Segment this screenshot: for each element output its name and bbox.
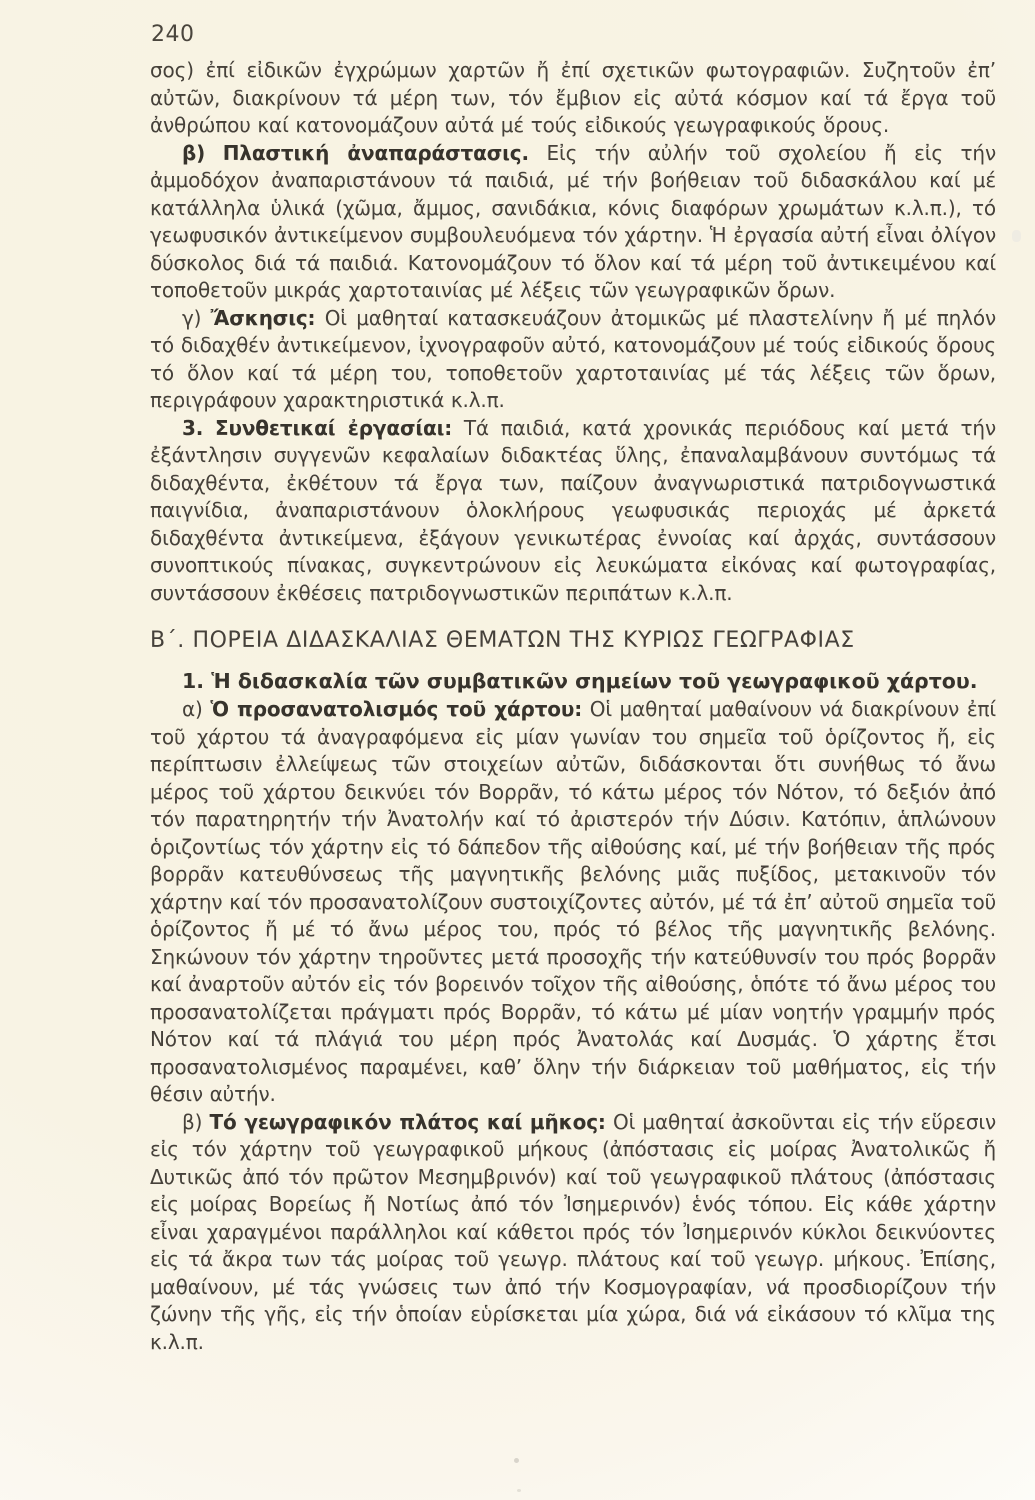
paragraph-synthetic-lead: Συνθετικαί ἐργασίαι:	[215, 416, 452, 440]
paragraph-latlong-text: Οἱ μαθηταί ἀσκοῦνται εἰς τήν εὕρεσιν εἰς…	[150, 1110, 996, 1354]
paragraph-orientation-marker: α)	[182, 697, 203, 721]
paragraph-plastic-lead: Πλαστική ἀναπαράστασις.	[223, 141, 529, 165]
scanned-book-page: { "page": { "number": "240", "colors": {…	[0, 0, 1035, 1500]
scan-smudge	[1012, 230, 1021, 242]
scan-dust-speck	[517, 1489, 521, 1492]
paragraph-exercise-marker: γ)	[182, 306, 201, 330]
page-surface: 240 σος) ἐπί εἰδικῶν ἐγχρώμων χαρτῶν ἤ ἐ…	[0, 0, 1035, 1500]
paragraph-latlong-marker: β)	[182, 1110, 202, 1134]
paragraph-exercise: γ) Ἄσκησις: Οἱ μαθηταί κατασκευάζουν ἀτο…	[150, 305, 996, 415]
section-heading: Β´. ΠΟΡΕΙΑ ΔΙΔΑΣΚΑΛΙΑΣ ΘΕΜΑΤΩΝ ΤΗΣ ΚΥΡΙΩ…	[150, 627, 996, 655]
paragraph-continuation: σος) ἐπί εἰδικῶν ἐγχρώμων χαρτῶν ἤ ἐπί σ…	[150, 57, 996, 140]
text-column: σος) ἐπί εἰδικῶν ἐγχρώμων χαρτῶν ἤ ἐπί σ…	[150, 57, 996, 1356]
paragraph-latlong-lead: Τό γεωγραφικόν πλάτος καί μῆκος:	[209, 1110, 605, 1134]
paragraph-continuation-text: σος) ἐπί εἰδικῶν ἐγχρώμων χαρτῶν ἤ ἐπί σ…	[150, 58, 996, 137]
paragraph-orientation-text: Οἱ μαθηταί μαθαίνουν νά διακρίνουν ἐπί τ…	[150, 697, 996, 1106]
paragraph-plastic-marker: β)	[182, 141, 205, 165]
paragraph-orientation-lead: Ὁ προσανατολισμός τοῦ χάρτου:	[210, 697, 582, 721]
paragraph-exercise-lead: Ἄσκησις:	[211, 306, 316, 330]
page-number: 240	[151, 22, 195, 47]
paragraph-latitude-longitude: β) Τό γεωγραφικόν πλάτος καί μῆκος: Οἱ μ…	[150, 1109, 996, 1357]
paragraph-synthetic-works: 3. Συνθετικαί ἐργασίαι: Τά παιδιά, κατά …	[150, 415, 996, 608]
paragraph-plastic-representation: β) Πλαστική ἀναπαράστασις. Εἰς τήν αὐλήν…	[150, 140, 996, 305]
paragraph-synthetic-text: Τά παιδιά, κατά χρονικάς περιόδους καί μ…	[150, 416, 996, 605]
paragraph-map-orientation: α) Ὁ προσανατολισμός τοῦ χάρτου: Οἱ μαθη…	[150, 696, 996, 1109]
paragraph-synthetic-marker: 3.	[182, 416, 203, 440]
subsection-heading: 1. Ἡ διδασκαλία τῶν συμβατικῶν σημείων τ…	[150, 666, 996, 696]
scan-dust-speck	[514, 1458, 519, 1463]
